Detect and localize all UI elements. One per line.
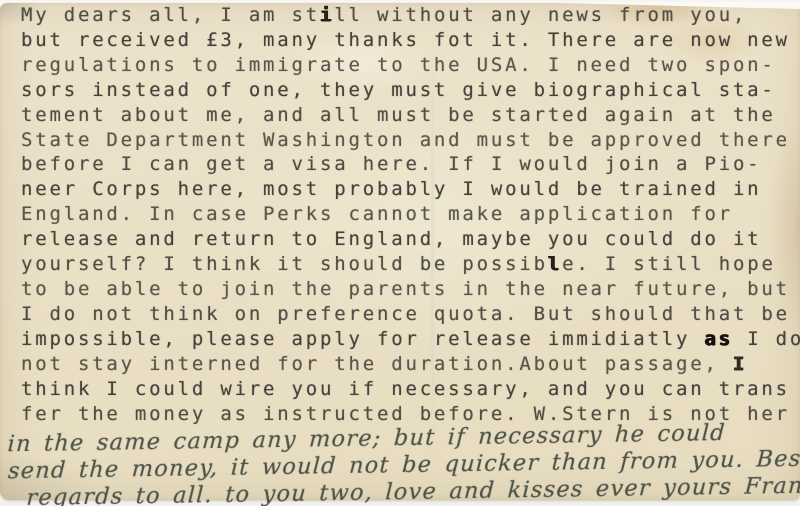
typed-line: to be able to join the parents in the ne…	[21, 277, 800, 302]
overstruck-text: as	[704, 328, 732, 350]
overstruck-text: i	[320, 4, 334, 26]
typed-line: I do not think on preference quota. But …	[21, 302, 800, 327]
typed-line: but received £3, many thanks fot it. The…	[21, 28, 800, 53]
typed-line: tement about me, and all must be started…	[21, 103, 800, 128]
typed-line: impossible, please apply for release imm…	[21, 327, 800, 352]
typed-line: regulations to immigrate to the USA. I n…	[21, 53, 800, 78]
overstruck-text: I	[733, 353, 747, 375]
overstruck-text: l	[548, 253, 562, 275]
typed-line: release and return to England, maybe you…	[21, 227, 800, 252]
handwritten-postscript: in the same camp any more; but if necess…	[7, 419, 800, 506]
letter-paper: My dears all, I am still without any new…	[0, 3, 800, 500]
scanned-letter-page: My dears all, I am still without any new…	[0, 0, 800, 506]
typed-line: yourself? I think it should be possible.…	[21, 252, 800, 277]
typed-line: think I could wire you if necessary, and…	[21, 377, 800, 402]
typed-letter-body: My dears all, I am still without any new…	[21, 3, 800, 429]
typed-line: State Department Washington and must be …	[21, 128, 800, 153]
typed-line: sors instead of one, they must give biog…	[21, 78, 800, 103]
typed-line: before I can get a visa here. If I would…	[21, 152, 800, 177]
typed-line: England. In case Perks cannot make appli…	[21, 202, 800, 227]
typed-line: not stay interned for the duration.About…	[21, 352, 800, 377]
typed-line: neer Corps here, most probably I would b…	[21, 177, 800, 202]
typed-line: My dears all, I am still without any new…	[21, 3, 800, 28]
